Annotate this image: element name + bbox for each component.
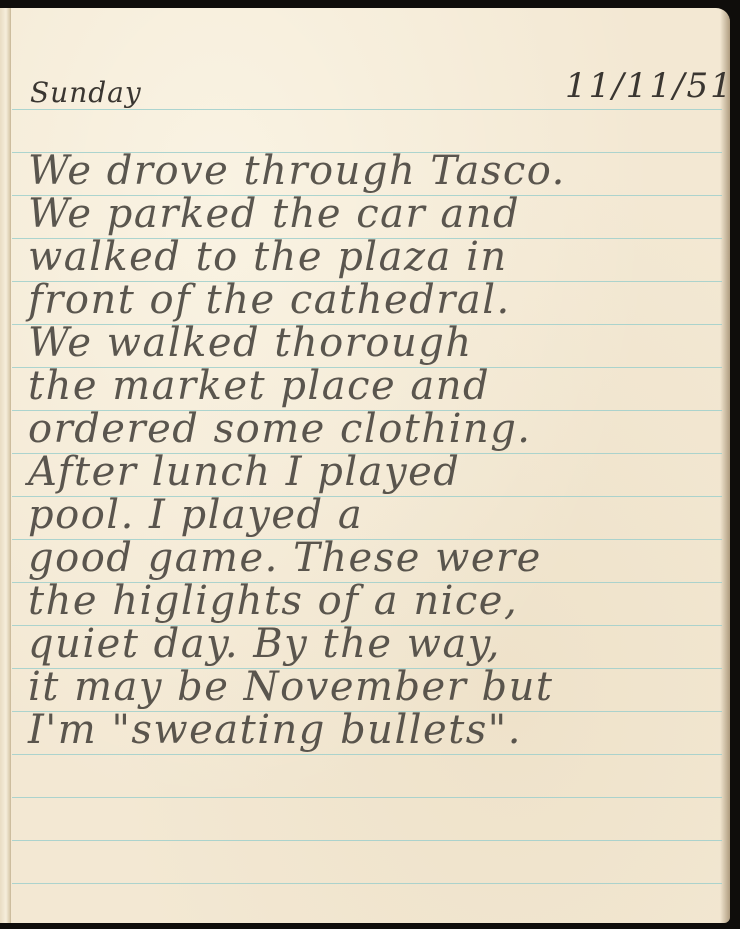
entry-line: front of the cathedral. <box>28 279 718 322</box>
diary-entry-body: We drove through Tasco. We parked the ca… <box>28 150 718 752</box>
ruled-line <box>12 883 722 884</box>
entry-line: walked to the plaza in <box>28 236 718 279</box>
entry-line: good game. These were <box>28 537 718 580</box>
entry-line: it may be November but <box>28 666 718 709</box>
entry-line: I'm "sweating bullets". <box>28 709 718 752</box>
notebook-spine <box>0 8 11 923</box>
entry-line: We drove through Tasco. <box>28 150 718 193</box>
entry-line: After lunch I played <box>28 451 718 494</box>
entry-line: the market place and <box>28 365 718 408</box>
ruled-line <box>12 797 722 798</box>
notebook-page: Sunday 11/11/51 We drove through Tasco. … <box>0 8 730 923</box>
ruled-line <box>12 840 722 841</box>
page-edge-shadow <box>720 8 730 923</box>
entry-line: quiet day. By the way, <box>28 623 718 666</box>
ruled-line <box>12 754 722 755</box>
entry-day: Sunday <box>30 76 142 109</box>
entry-line: We walked thorough <box>28 322 718 365</box>
ruled-line <box>12 109 722 110</box>
entry-line: the higlights of a nice, <box>28 580 718 623</box>
entry-date: 11/11/51 <box>565 66 730 106</box>
entry-line: We parked the car and <box>28 193 718 236</box>
entry-line: pool. I played a <box>28 494 718 537</box>
entry-line: ordered some clothing. <box>28 408 718 451</box>
